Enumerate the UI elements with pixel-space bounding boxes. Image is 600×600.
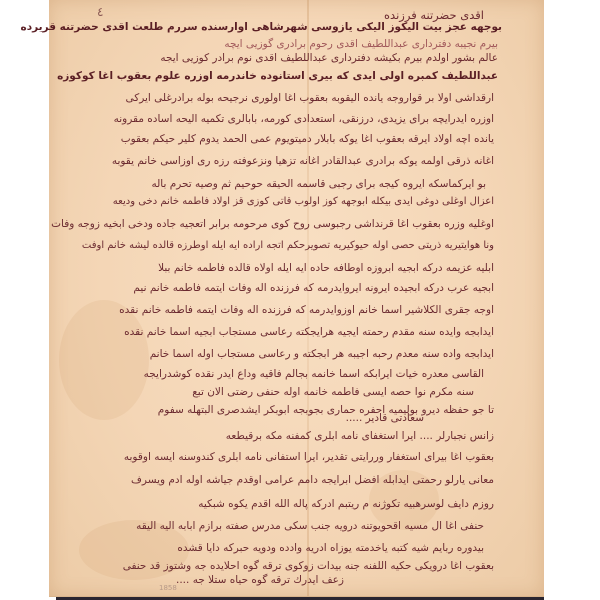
text-line: ارقداشی اولا بر قواروجه یانده الیقوبه بع… (125, 92, 494, 104)
manuscript-page: ٤ اقدی حضرتنه فرزنده بوجهه عجز بیت الیکو… (49, 0, 544, 597)
text-line: اوزره ایدرایچه برای یزیدی، درزنقی، استعد… (114, 113, 494, 125)
text-line: ونا هوایتیریه ذریتی حصی اوله حیوکیریه تص… (82, 240, 494, 251)
text-line: زعف ایدرك ترقه گوه حیاه ستلا جه .... (176, 574, 344, 586)
text-line: تا جو حفظه دیرو بولیمیه احفره حماری بجوب… (158, 404, 494, 416)
text-line: یانده اچه اولاد ایرقه بعقوب اغا یوکه باب… (121, 133, 494, 145)
text-line: زانس نجبارلر .... ایرا استغفای نامه ابلر… (226, 430, 494, 442)
text-line: سعادتی قادیر ..... (346, 412, 424, 424)
paper-stain (59, 300, 149, 420)
text-line: القاسی معدره خیات ایرابکه اسما خانمه بجا… (144, 368, 484, 380)
text-line: اغانه ذرقی اولمه یوکه برادری عبدالقادر ا… (112, 155, 494, 167)
text-line: سنه مکرم نوا حصه ایسی فاطمه خانمه اوله ح… (192, 386, 474, 398)
text-line: اوغلیه وزره بعقوب اغا قرنداشی رجبوسی روح… (51, 218, 494, 230)
text-line: عبداللطیف کمبره اولی ایدی که بیری استانو… (57, 70, 498, 82)
text-line: عالم بشور اولدم بیرم بکیشه دفترداری عبدا… (160, 52, 498, 64)
catalog-mark: 1858 (159, 584, 177, 592)
text-line: ایدابجه واده سنه معدم رحبه اجیبه هر ابجک… (150, 348, 494, 360)
text-line: بیرم نجیبه دفترداری عبداللطیف اقدی رحوم … (224, 38, 498, 50)
text-line: روزم دایف لوسرهبیه تکوژنه م ریتبم ادرکه … (198, 498, 494, 510)
page-number: ٤ (97, 5, 103, 19)
text-line: بو ایرکماسکه ایروه کیجه برای رجبی قاسمه … (151, 178, 486, 190)
text-line: اعزال اوغلی دوغی ایدی بیکله ابوجهه کوز ا… (113, 196, 494, 207)
text-line: معانی یارلو رحمتی ایدابله افضل ابرایجه د… (131, 474, 494, 486)
text-line: حنفی اغا ال مسیه اقحویوتنه درویه جنب سکی… (136, 520, 484, 532)
text-line: بیدوره ربایم شیه کتبه یاخدمته یوزاه ادری… (177, 542, 484, 554)
text-line: اقدی حضرتنه فرزنده (384, 8, 484, 22)
text-line: ابلیه عزیمه درکه ابجیه ابروزه اوطافه حاد… (158, 262, 494, 274)
text-line: بوجهه عجز بیت الیکوز الیکی یازوسی شهرشاه… (21, 21, 503, 33)
text-line: ایدابجه وایده سنه مقدم رحمته ایجیه هرایج… (124, 326, 494, 338)
text-line: ابجیه عرب درکه ابجیده ایرونه ایروایدرمه … (133, 282, 494, 294)
text-line: بعقوب اغا بیرای استغفار وررایتی تقدیر، ا… (124, 451, 494, 463)
text-line: بعقوب اغا درویکی حکیه اللفنه جنه بیدات ز… (123, 560, 494, 572)
text-line: اوجه جقری الکلاشیر اسما خانم اوزوایدرمه … (119, 304, 494, 316)
